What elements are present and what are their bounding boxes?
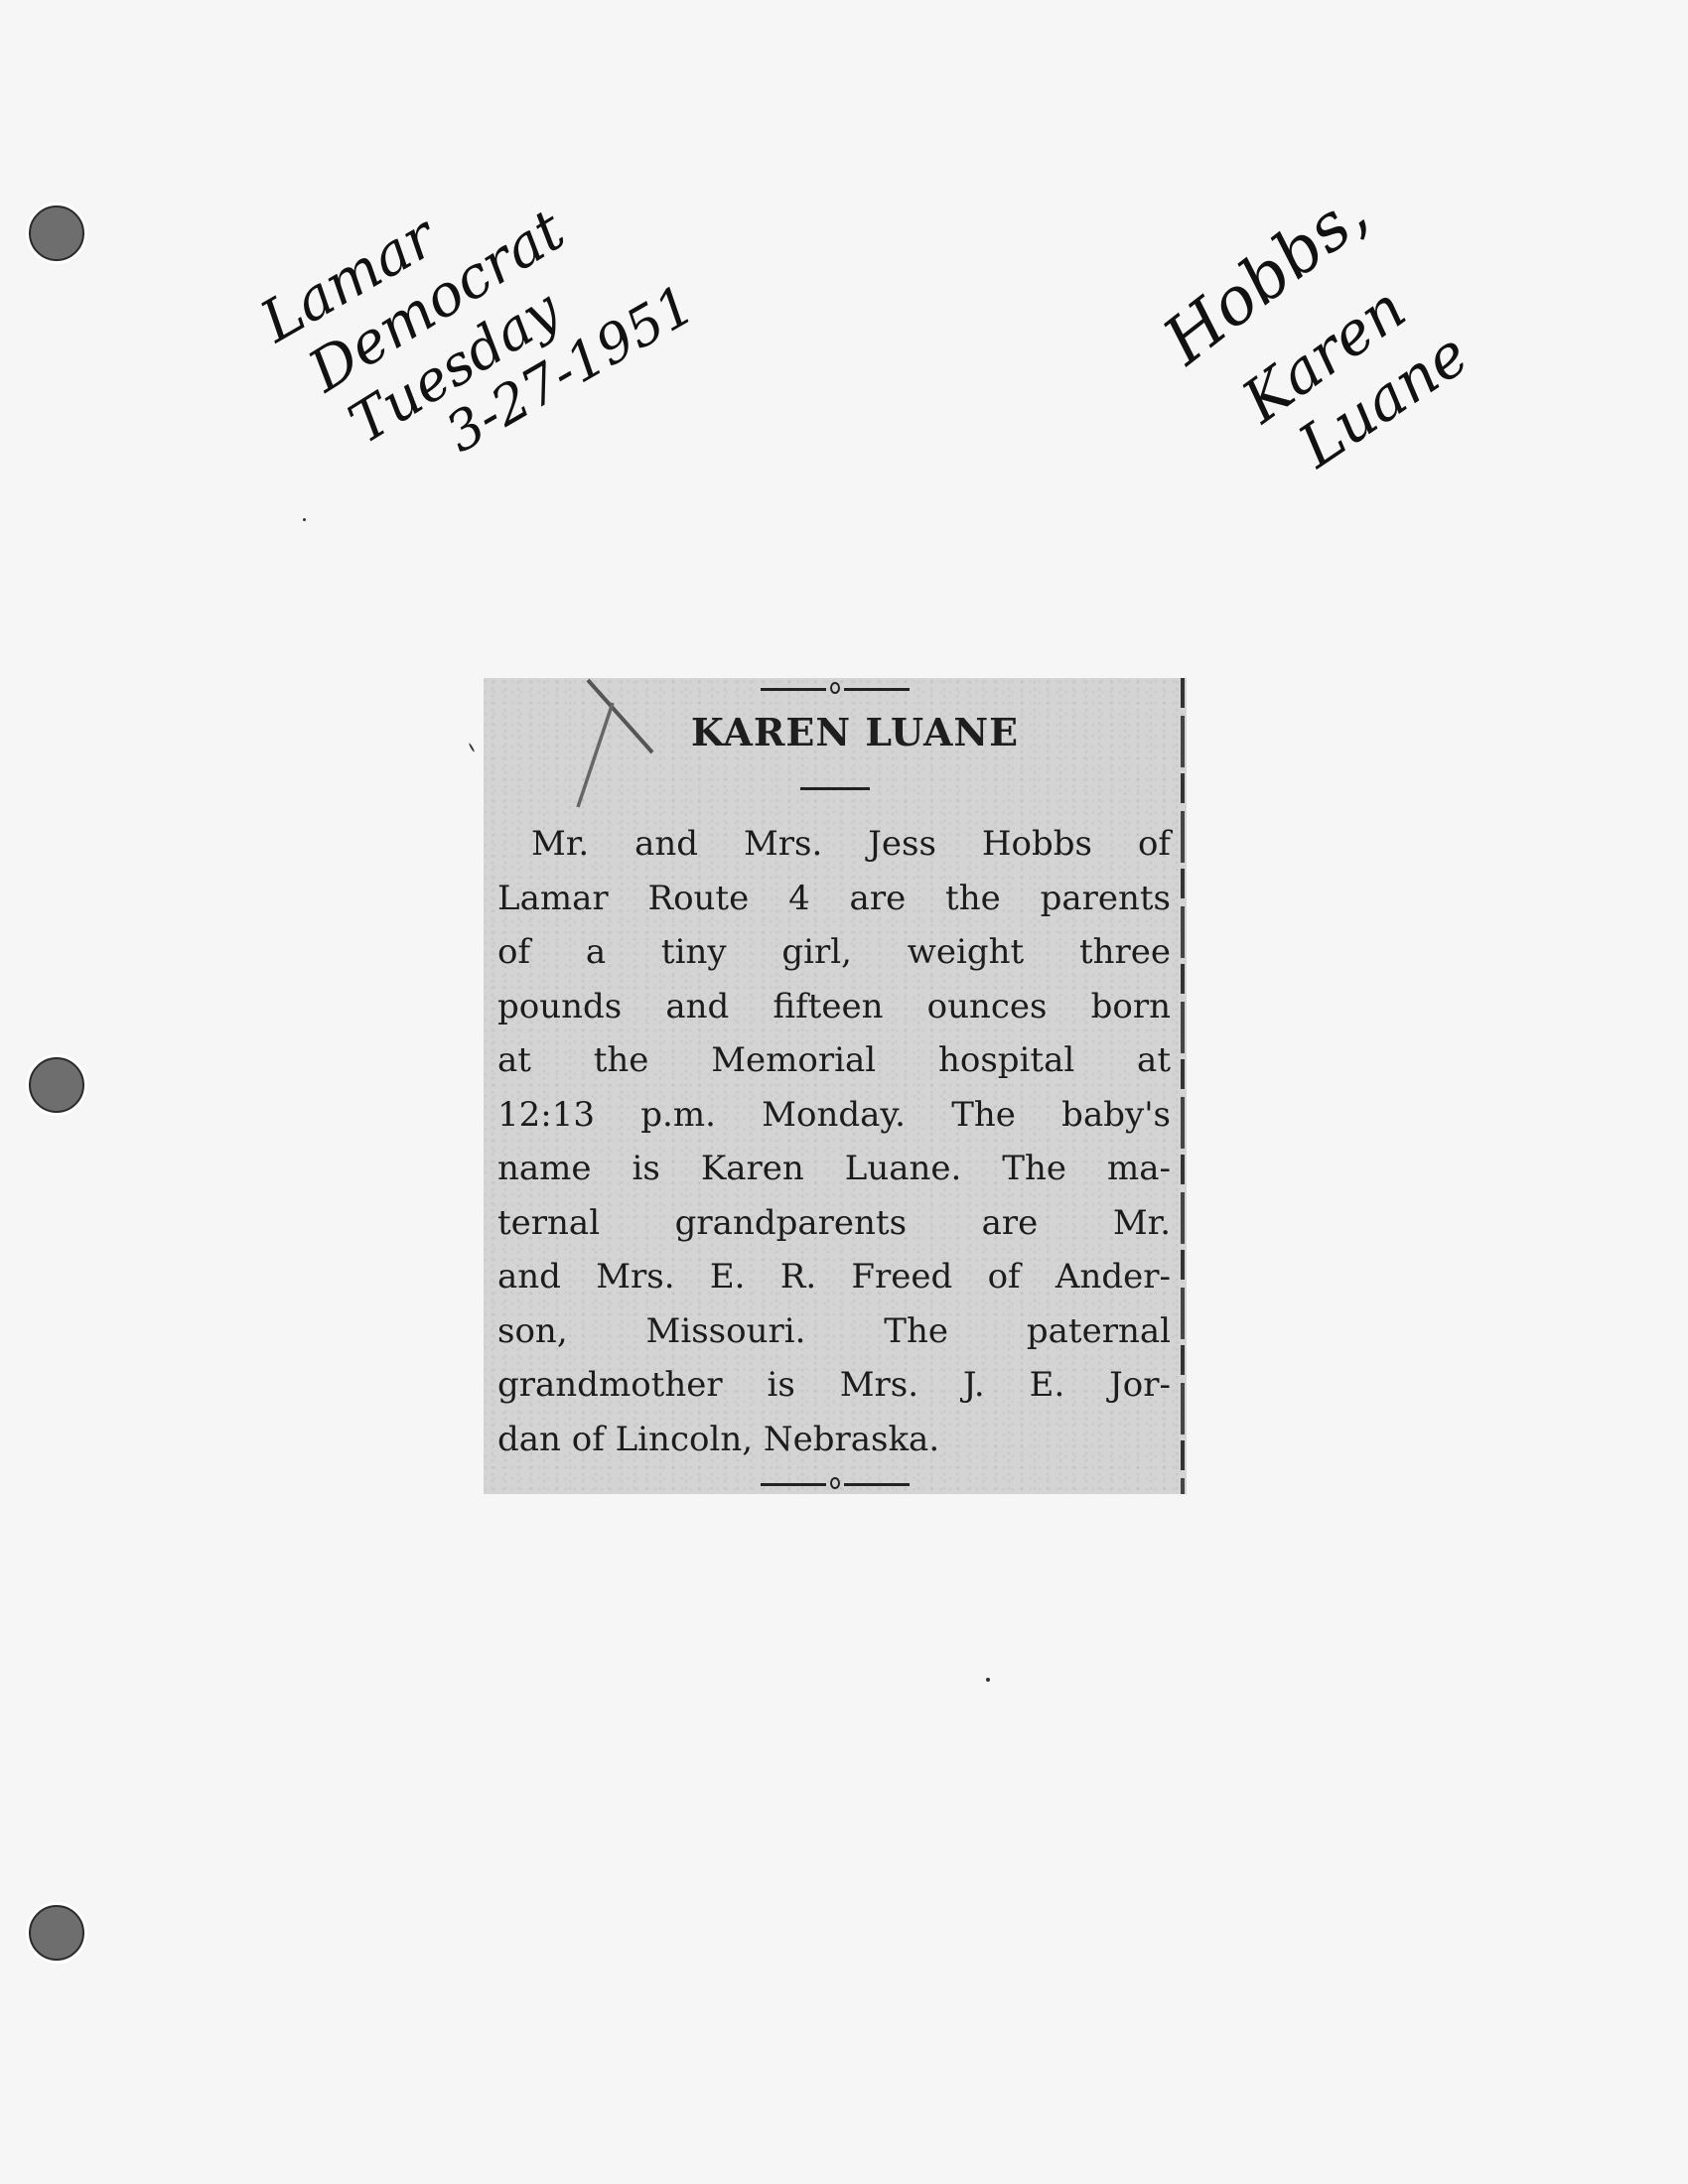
top-ornament-divider <box>761 682 910 696</box>
clipping-line: ternal grandparents are Mr. <box>497 1196 1171 1251</box>
hole-punch-top <box>29 205 84 261</box>
clipping-column-rule <box>1181 678 1185 1494</box>
clipping-line: and Mrs. E. R. Freed of Ander- <box>497 1250 1171 1304</box>
hole-punch-middle <box>29 1057 84 1113</box>
clipping-line: dan of Lincoln, Nebraska. <box>497 1413 1171 1467</box>
clipping-line: son, Missouri. The paternal <box>497 1304 1171 1359</box>
bottom-ornament-divider <box>761 1477 910 1491</box>
clipping-line: grandmother is Mrs. J. E. Jor- <box>497 1358 1171 1413</box>
clipping-line: name is Karen Luane. The ma- <box>497 1142 1171 1196</box>
newspaper-clipping: KAREN LUANE Mr. and Mrs. Jess Hobbs of L… <box>484 678 1187 1494</box>
clipping-body-text: Mr. and Mrs. Jess Hobbs of Lamar Route 4… <box>497 817 1171 1466</box>
clipping-line: of a tiny girl, weight three <box>497 925 1171 980</box>
clipping-line: Mr. and Mrs. Jess Hobbs of <box>497 817 1171 872</box>
clipping-line: pounds and fifteen ounces born <box>497 980 1171 1034</box>
clipping-line: Lamar Route 4 are the parents <box>497 872 1171 926</box>
hole-punch-bottom <box>29 1905 84 1961</box>
scan-speck <box>986 1678 990 1682</box>
clipping-line: 12:13 p.m. Monday. The baby's <box>497 1088 1171 1143</box>
scan-speck <box>303 518 306 521</box>
scan-speck <box>469 743 476 752</box>
headline-rule <box>800 787 870 790</box>
clipping-line: at the Memorial hospital at <box>497 1033 1171 1088</box>
clipping-headline: KAREN LUANE <box>484 710 1187 754</box>
